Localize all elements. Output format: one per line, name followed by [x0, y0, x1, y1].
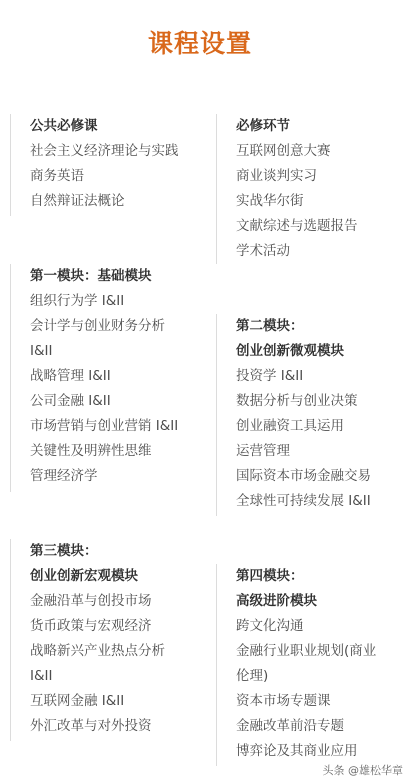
course-item: 市场营销与创业营销 I&II	[30, 414, 210, 439]
section-module-3: 第三模块： 创业创新宏观模块 金融沿革与创投市场 货币政策与宏观经济 战略新兴产…	[10, 539, 210, 741]
course-item: 关键性及明辨性思维	[30, 439, 210, 464]
course-item: I&II	[30, 664, 210, 689]
section-subheading: 创业创新宏观模块	[30, 564, 210, 589]
watermark-author[interactable]: @雄松华章	[348, 764, 403, 777]
course-item: 跨文化沟通	[236, 614, 411, 639]
section-module-4: 第四模块： 高级进阶模块 跨文化沟通 金融行业职业规划(商业 伦理) 资本市场专…	[216, 564, 411, 766]
course-item: 自然辩证法概论	[30, 189, 210, 214]
course-item: 商务英语	[30, 164, 210, 189]
course-item: 创业融资工具运用	[236, 414, 411, 439]
section-module-2: 第二模块： 创业创新微观模块 投资学 I&II 数据分析与创业决策 创业融资工具…	[216, 314, 411, 516]
page-title: 课程设置	[0, 24, 400, 60]
course-item: 实战华尔街	[236, 189, 411, 214]
course-item: 管理经济学	[30, 464, 210, 489]
section-subheading: 高级进阶模块	[236, 589, 411, 614]
course-item: 文献综述与选题报告	[236, 214, 411, 239]
course-item: 战略新兴产业热点分析	[30, 639, 210, 664]
section-public-required: 公共必修课 社会主义经济理论与实践 商务英语 自然辩证法概论	[10, 114, 210, 216]
course-item: 外汇改革与对外投资	[30, 714, 210, 739]
course-item: 货币政策与宏观经济	[30, 614, 210, 639]
course-item: 国际资本市场金融交易	[236, 464, 411, 489]
course-item: 资本市场专题课	[236, 689, 411, 714]
course-item: 互联网创意大赛	[236, 139, 411, 164]
course-item: 组织行为学 I&II	[30, 289, 210, 314]
section-heading: 第一模块：基础模块	[30, 264, 210, 289]
section-heading: 第四模块：	[236, 564, 411, 589]
course-item: 金融沿革与创投市场	[30, 589, 210, 614]
course-item: 会计学与创业财务分析	[30, 314, 210, 339]
section-heading: 第二模块：	[236, 314, 411, 339]
section-heading: 必修环节	[236, 114, 411, 139]
course-item: 博弈论及其商业应用	[236, 739, 411, 764]
section-module-1: 第一模块：基础模块 组织行为学 I&II 会计学与创业财务分析 I&II 战略管…	[10, 264, 210, 492]
watermark: 头条 @雄松华章	[323, 762, 404, 778]
watermark-source: 头条	[323, 764, 345, 777]
course-item: 运营管理	[236, 439, 411, 464]
section-heading: 第三模块：	[30, 539, 210, 564]
course-item: 公司金融 I&II	[30, 389, 210, 414]
course-item: 社会主义经济理论与实践	[30, 139, 210, 164]
course-item: 互联网金融 I&II	[30, 689, 210, 714]
course-item: 战略管理 I&II	[30, 364, 210, 389]
section-subheading: 创业创新微观模块	[236, 339, 411, 364]
course-item: 金融改革前沿专题	[236, 714, 411, 739]
course-item: 投资学 I&II	[236, 364, 411, 389]
course-item: 全球性可持续发展 I&II	[236, 489, 411, 514]
course-item: 数据分析与创业决策	[236, 389, 411, 414]
course-item: 学术活动	[236, 239, 411, 264]
course-item: 金融行业职业规划(商业	[236, 639, 411, 664]
course-item: 伦理)	[236, 664, 411, 689]
course-item: 商业谈判实习	[236, 164, 411, 189]
course-item: I&II	[30, 339, 210, 364]
section-heading: 公共必修课	[30, 114, 210, 139]
section-required-components: 必修环节 互联网创意大赛 商业谈判实习 实战华尔街 文献综述与选题报告 学术活动	[216, 114, 411, 264]
